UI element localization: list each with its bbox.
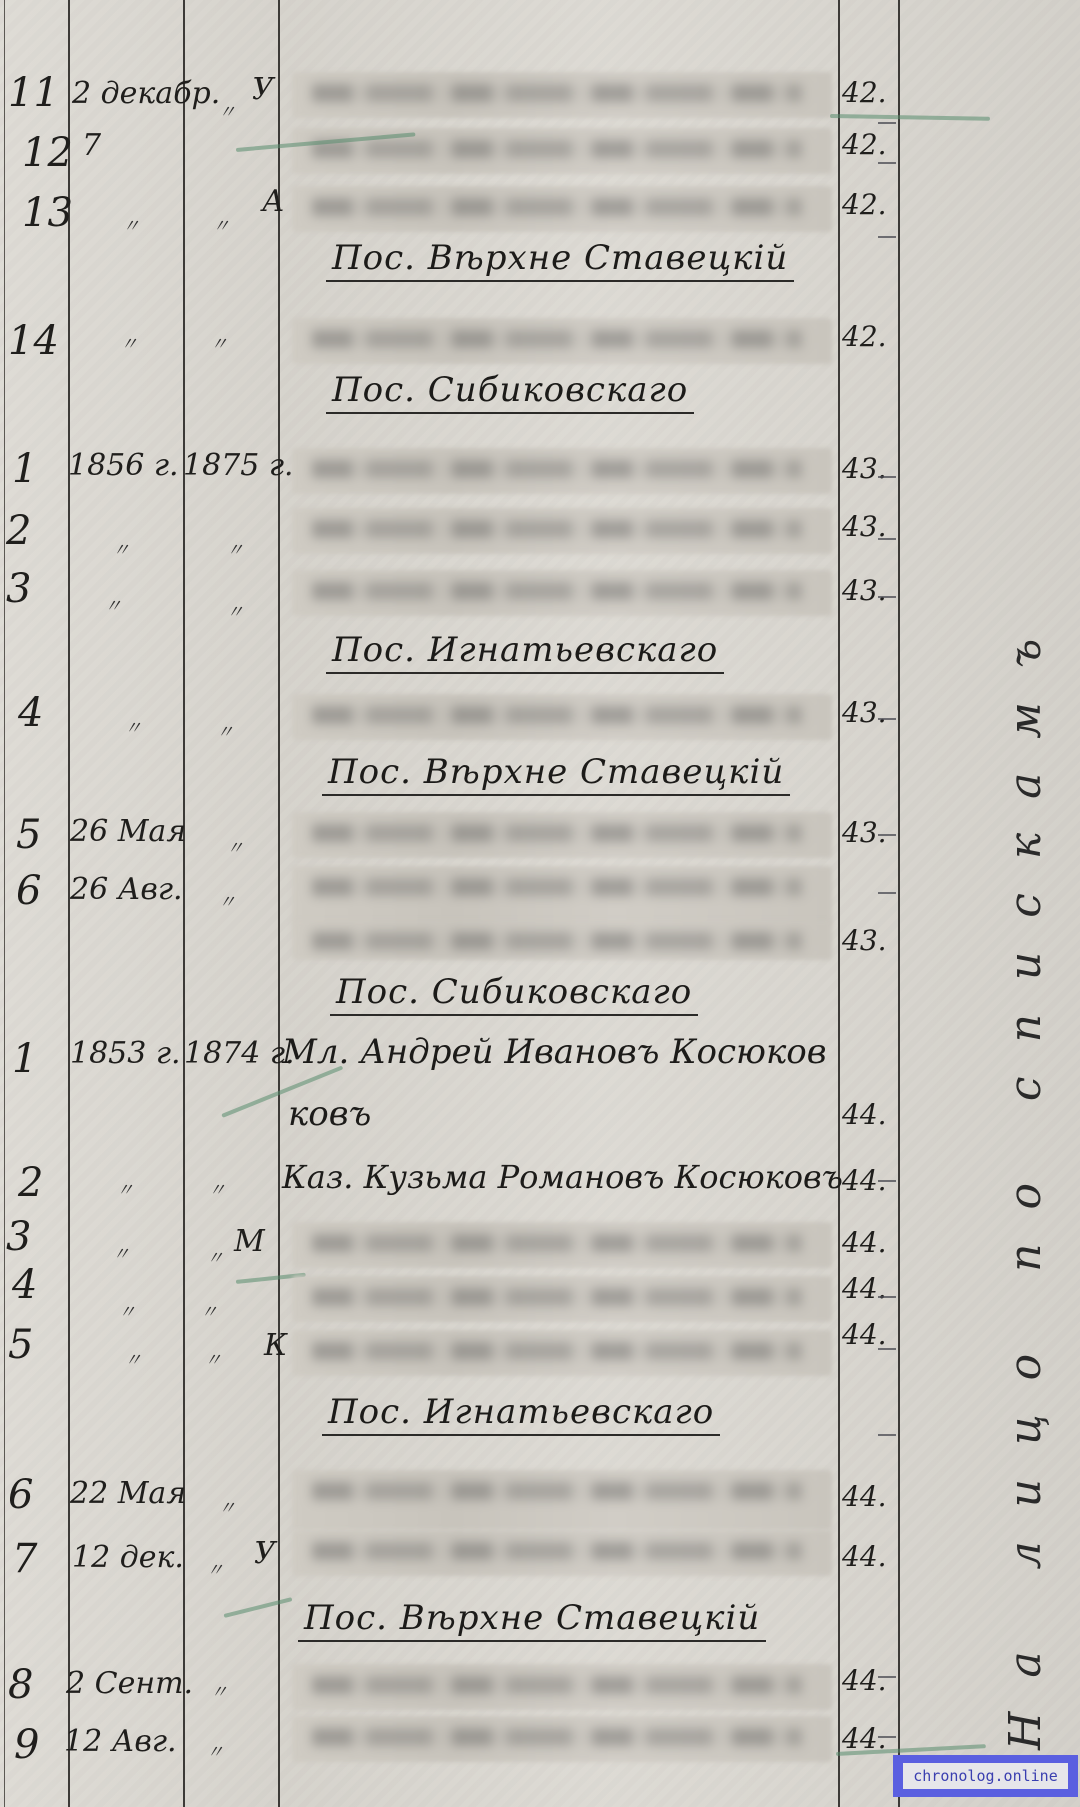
row-date: 26 Мая: [70, 814, 186, 849]
row-date: 1853 г.: [70, 1036, 181, 1071]
row-number: 1: [12, 1036, 37, 1082]
row-date: 12 дек.: [72, 1540, 184, 1575]
ditto-mark: 〃: [226, 536, 244, 562]
margin-note: На лицо по спискамъ: [960, 150, 1020, 1750]
page-reference: 42.: [842, 76, 887, 109]
section-heading: Пос. Сибиковскаго: [326, 370, 694, 414]
tick-mark: [878, 834, 896, 836]
page-reference: 44.: [842, 1098, 887, 1131]
row-number: 2: [6, 508, 31, 554]
redacted-name: [292, 812, 832, 858]
page-reference: 44.: [842, 1318, 887, 1351]
tick-mark: [878, 122, 896, 124]
redacted-name: [292, 1222, 832, 1268]
page-reference: 42.: [842, 320, 887, 353]
redacted-name: [292, 186, 832, 232]
row-number: 9: [14, 1722, 39, 1768]
section-heading: Пос. Вѣрхне Ставецкій: [298, 1598, 766, 1642]
row-number: 5: [16, 812, 41, 858]
column-rule: [183, 0, 185, 1807]
tick-mark: [878, 162, 896, 164]
row-prefix: М: [234, 1224, 265, 1259]
ditto-mark: 〃: [200, 1298, 218, 1324]
row-year: 1875 г.: [183, 448, 294, 483]
redacted-name: [292, 508, 832, 554]
watermark-text: chronolog.online: [903, 1763, 1068, 1789]
redacted-name: [292, 866, 832, 926]
ditto-mark: 〃: [226, 834, 244, 860]
redacted-name: [292, 1276, 832, 1322]
row-date: 2 декабр.: [72, 76, 220, 111]
name-entry-continuation: ковъ: [288, 1094, 371, 1134]
row-number: 13: [22, 190, 73, 236]
tick-mark: [878, 1736, 896, 1738]
section-heading: Пос. Сибиковскаго: [330, 972, 698, 1016]
page-reference: 43.: [842, 924, 887, 957]
name-entry: Мл. Андрей Ивановъ Косюков: [282, 1032, 827, 1072]
row-number: 8: [8, 1662, 33, 1708]
page-reference: 42.: [842, 128, 887, 161]
redacted-name: [292, 72, 832, 118]
row-number: 3: [6, 1214, 31, 1260]
section-heading: Пос. Игнатьевскаго: [326, 630, 724, 674]
ditto-mark: 〃: [206, 1244, 224, 1270]
row-number: 4: [12, 1262, 37, 1308]
redacted-name: [292, 1716, 832, 1762]
row-number: 11: [8, 70, 59, 116]
row-number: 12: [22, 130, 73, 176]
ditto-mark: 〃: [218, 1494, 236, 1520]
row-year: 1874 г.: [184, 1036, 295, 1071]
ditto-mark: 〃: [204, 1346, 222, 1372]
tick-mark: [878, 1434, 896, 1436]
row-prefix: У: [254, 1536, 276, 1571]
redacted-name: [292, 448, 832, 494]
redacted-name: [292, 920, 832, 960]
row-prefix: У: [252, 72, 274, 107]
margin-note-text: На лицо по спискамъ: [1000, 605, 1051, 1750]
redacted-name: [292, 1330, 832, 1376]
page-reference: 44.: [842, 1272, 887, 1305]
row-date: 26 Авг.: [70, 872, 183, 907]
tick-mark: [878, 892, 896, 894]
ditto-mark: 〃: [210, 330, 228, 356]
row-number: 4: [18, 690, 43, 736]
column-rule: [898, 0, 900, 1807]
ditto-mark: 〃: [216, 718, 234, 744]
ditto-mark: 〃: [116, 1176, 134, 1202]
page-reference: 43.: [842, 816, 887, 849]
row-number: 1: [12, 446, 37, 492]
row-number: 14: [8, 318, 59, 364]
tick-mark: [878, 1676, 896, 1678]
ditto-mark: 〃: [124, 1346, 142, 1372]
column-rule: [838, 0, 840, 1807]
page-reference: 44.: [842, 1226, 887, 1259]
tick-mark: [878, 538, 896, 540]
ditto-mark: 〃: [218, 888, 236, 914]
ditto-mark: 〃: [118, 1298, 136, 1324]
name-entry: Каз. Кузьма Романовъ Косюковъ: [282, 1158, 843, 1196]
row-date: 22 Мая: [70, 1476, 186, 1511]
row-number: 5: [8, 1322, 33, 1368]
ditto-mark: 〃: [120, 330, 138, 356]
redacted-name: [292, 128, 832, 174]
row-number: 6: [16, 868, 41, 914]
row-date: 7: [82, 128, 101, 163]
section-heading: Пос. Игнатьевскаго: [322, 1392, 720, 1436]
redacted-name: [292, 1664, 832, 1710]
row-number: 2: [18, 1160, 43, 1206]
redacted-name: [292, 694, 832, 740]
ditto-mark: 〃: [218, 98, 236, 124]
ditto-mark: 〃: [206, 1738, 224, 1764]
row-number: 7: [12, 1536, 37, 1582]
page-reference: 42.: [842, 188, 887, 221]
ditto-mark: 〃: [208, 1176, 226, 1202]
column-rule: [278, 0, 280, 1807]
row-prefix: А: [262, 184, 285, 219]
ditto-mark: 〃: [206, 1556, 224, 1582]
row-number: 3: [6, 566, 31, 612]
tick-mark: [878, 236, 896, 238]
row-date: 12 Авг.: [64, 1724, 177, 1759]
ditto-mark: 〃: [104, 592, 122, 618]
row-date: 1856 г.: [68, 448, 179, 483]
page-reference: 43.: [842, 574, 887, 607]
row-prefix: К: [264, 1328, 287, 1363]
redacted-name: [292, 1470, 832, 1530]
row-date: 2 Сент.: [66, 1666, 193, 1701]
tick-mark: [878, 596, 896, 598]
page-reference: 43.: [842, 452, 887, 485]
row-number: 6: [8, 1472, 33, 1518]
page-reference: 44.: [842, 1540, 887, 1573]
ditto-mark: 〃: [124, 714, 142, 740]
tick-mark: [878, 1348, 896, 1350]
ditto-mark: 〃: [112, 1240, 130, 1266]
page-reference: 44.: [842, 1480, 887, 1513]
section-heading: Пос. Вѣрхне Ставецкій: [326, 238, 794, 282]
redacted-name: [292, 1530, 832, 1576]
ditto-mark: 〃: [226, 598, 244, 624]
tick-mark: [878, 476, 896, 478]
page-reference: 43.: [842, 696, 887, 729]
column-rule: [4, 0, 5, 1807]
ditto-mark: 〃: [212, 212, 230, 238]
tick-mark: [878, 1296, 896, 1298]
tick-mark: [878, 1180, 896, 1182]
page-reference: 44.: [842, 1664, 887, 1697]
ditto-mark: 〃: [210, 1678, 228, 1704]
ditto-mark: 〃: [112, 536, 130, 562]
redacted-name: [292, 318, 832, 364]
tick-mark: [878, 718, 896, 720]
redacted-name: [292, 570, 832, 616]
watermark-badge: chronolog.online: [893, 1755, 1078, 1797]
section-heading: Пос. Вѣрхне Ставецкій: [322, 752, 790, 796]
ditto-mark: 〃: [122, 212, 140, 238]
